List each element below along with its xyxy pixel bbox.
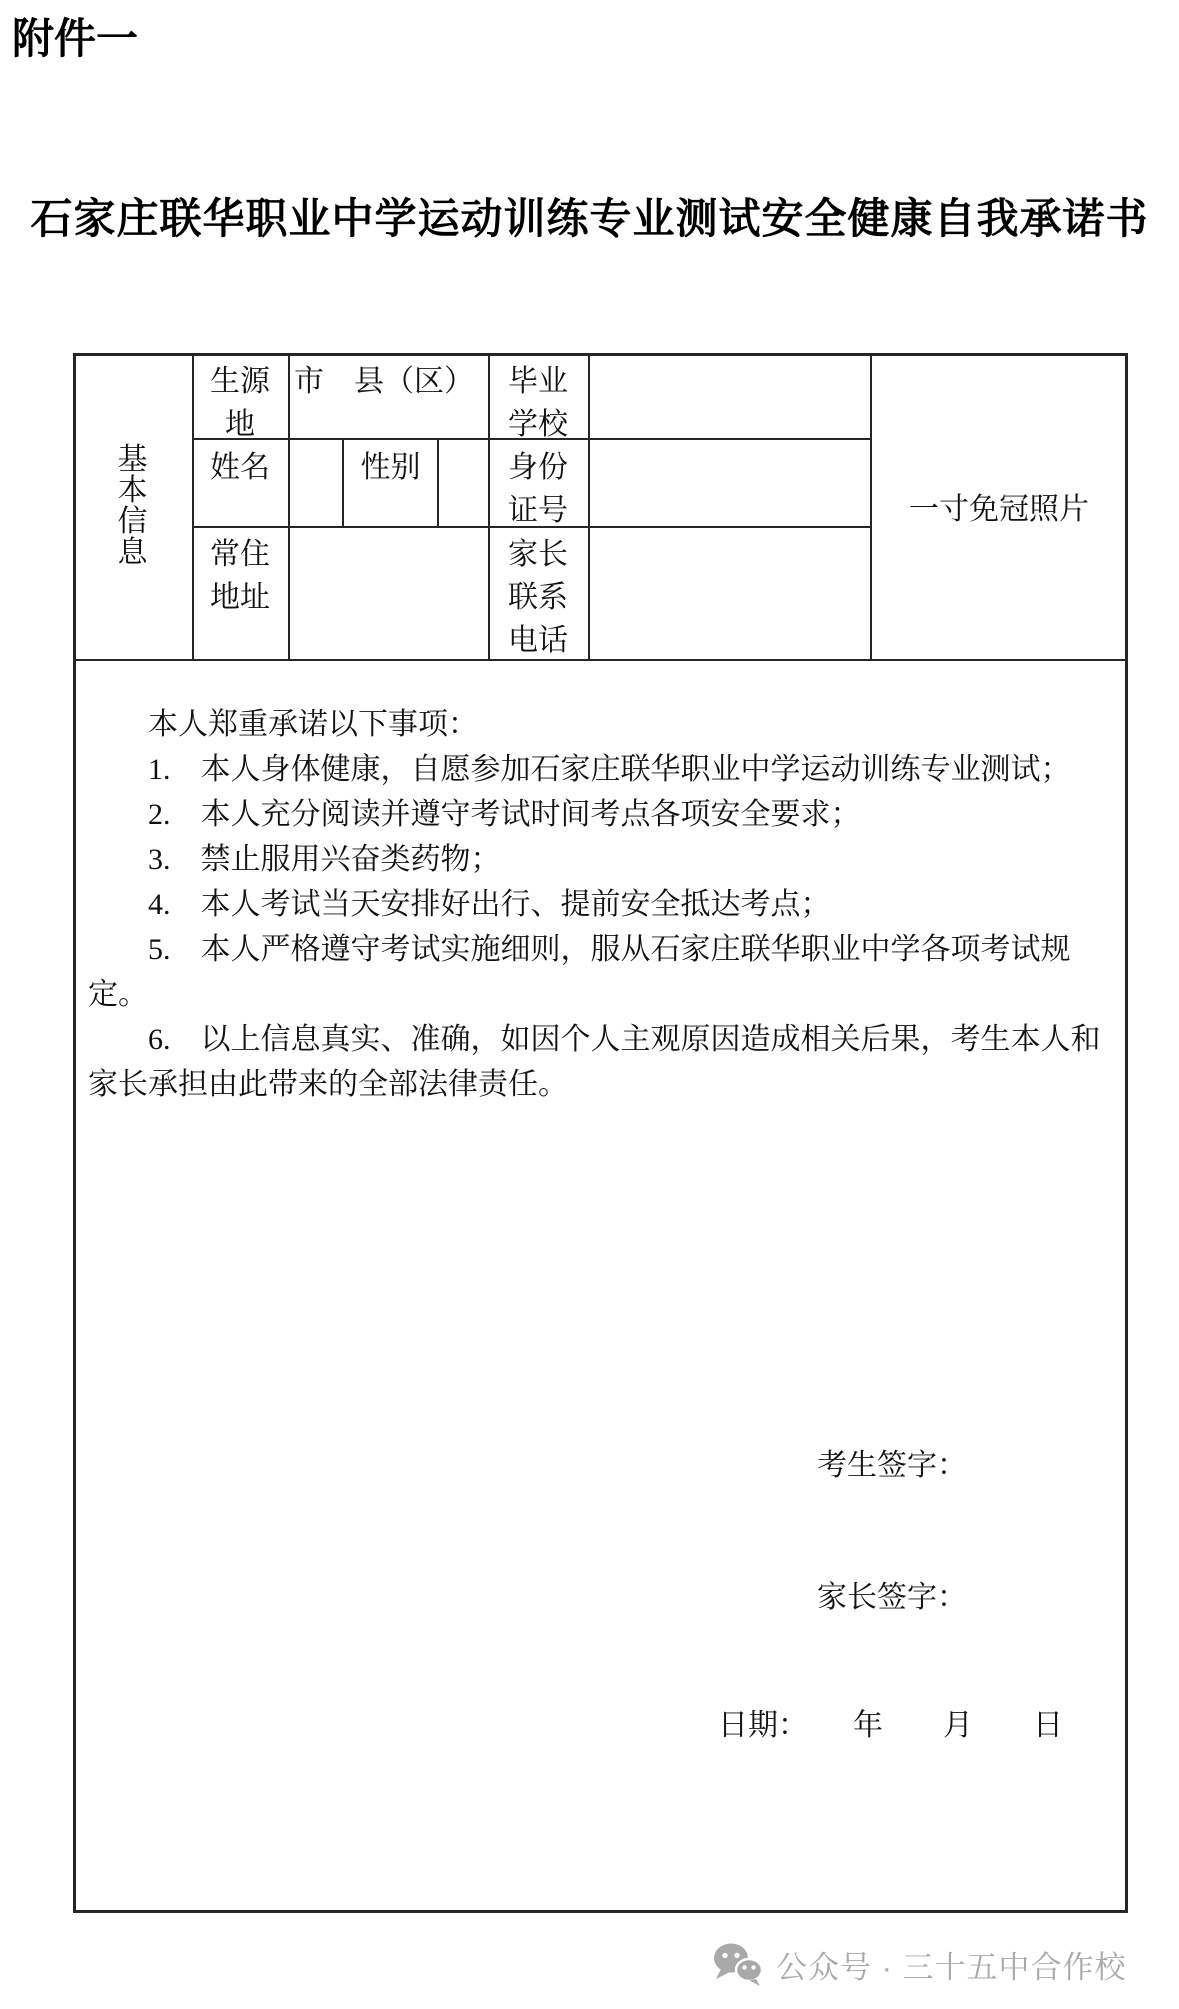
promise-item: 1. 本人身体健康，自愿参加石家庄联华职业中学运动训练专业测试；	[88, 747, 1112, 792]
date-line: 日期： 年 月 日	[718, 1703, 1063, 1748]
table-divider-vertical	[437, 438, 439, 526]
promise-item: 4. 本人考试当天安排好出行、提前安全抵达考点；	[88, 882, 1112, 927]
parent-phone-label: 家长联系电话	[490, 533, 586, 662]
document-page: 附件一 石家庄联华职业中学运动训练专业测试安全健康自我承诺书 基本信息 生源地 …	[0, 0, 1179, 2009]
basic-info-vertical-text: 基本信息	[117, 444, 149, 568]
id-number-label: 身份证号	[490, 446, 586, 532]
page-title: 石家庄联华职业中学运动训练专业测试安全健康自我承诺书	[0, 186, 1179, 246]
promise-heading: 本人郑重承诺以下事项：	[88, 702, 1112, 747]
photo-placeholder-label: 一寸免冠照片	[909, 484, 1089, 528]
origin-label: 生源地	[194, 360, 286, 446]
table-divider-horizontal	[73, 659, 1128, 661]
graduate-school-label: 毕业学校	[490, 360, 586, 446]
promise-item: 2. 本人充分阅读并遵守考试时间考点各项安全要求；	[88, 792, 1112, 837]
parent-signature-label: 家长签字：	[817, 1575, 967, 1620]
graduate-school-value-cell	[592, 360, 868, 434]
gender-value-cell	[441, 446, 486, 520]
table-divider-vertical	[588, 353, 590, 659]
footer-account-label: 公众号 · 三十五中合作校	[776, 1942, 1127, 1987]
promise-item: 5. 本人严格遵守考试实施细则，服从石家庄联华职业中学各项考试规定。	[88, 927, 1112, 1017]
name-value-cell	[292, 446, 340, 520]
wechat-icon	[712, 1942, 764, 1986]
footer-watermark: 公众号 · 三十五中合作校	[712, 1940, 1127, 1988]
candidate-signature-label: 考生签字：	[817, 1443, 967, 1488]
promise-item: 6. 以上信息真实、准确，如因个人主观原因造成相关后果，考生本人和家长承担由此带…	[88, 1017, 1112, 1107]
gender-label: 性别	[344, 446, 437, 489]
parent-phone-value-cell	[592, 533, 868, 653]
id-number-value-cell	[592, 446, 868, 520]
attachment-label: 附件一	[12, 14, 138, 64]
origin-value-cell: 市 县（区）	[294, 360, 484, 403]
address-label: 常住地址	[194, 533, 286, 619]
promise-section: 本人郑重承诺以下事项： 1. 本人身体健康，自愿参加石家庄联华职业中学运动训练专…	[88, 702, 1112, 1107]
address-value-cell	[292, 533, 486, 653]
name-label: 姓名	[194, 446, 286, 489]
photo-cell: 一寸免冠照片	[872, 355, 1126, 657]
table-divider-vertical	[288, 353, 290, 659]
basic-info-section-label: 基本信息	[75, 355, 190, 657]
promise-item: 3. 禁止服用兴奋类药物；	[88, 837, 1112, 882]
